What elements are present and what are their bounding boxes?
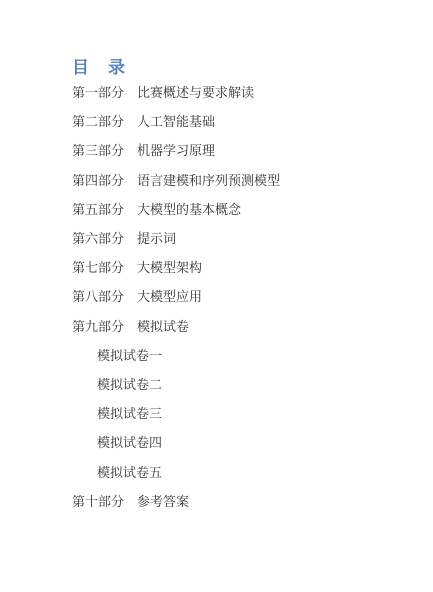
toc-entry-mock-exam-1: 模拟试卷一: [72, 342, 413, 371]
toc-entry-part-2: 第二部分 人工智能基础: [72, 108, 413, 137]
toc-entry-part-5: 第五部分 大模型的基本概念: [72, 196, 413, 225]
toc-entry-mock-exam-2: 模拟试卷二: [72, 371, 413, 400]
toc-section: 目 录 第一部分 比赛概述与要求解读 第二部分 人工智能基础 第三部分 机器学习…: [0, 0, 433, 517]
toc-entry-part-9: 第九部分 模拟试卷: [72, 313, 413, 342]
toc-entry-mock-exam-4: 模拟试卷四: [72, 429, 413, 458]
toc-entry-mock-exam-5: 模拟试卷五: [72, 459, 413, 488]
toc-entry-part-6: 第六部分 提示词: [72, 225, 413, 254]
toc-entry-part-4: 第四部分 语言建模和序列预测模型: [72, 167, 413, 196]
toc-entry-part-3: 第三部分 机器学习原理: [72, 137, 413, 166]
toc-entry-part-8: 第八部分 大模型应用: [72, 283, 413, 312]
toc-list: 第一部分 比赛概述与要求解读 第二部分 人工智能基础 第三部分 机器学习原理 第…: [72, 79, 413, 517]
toc-entry-part-7: 第七部分 大模型架构: [72, 254, 413, 283]
toc-entry-part-10: 第十部分 参考答案: [72, 488, 413, 517]
toc-entry-part-1: 第一部分 比赛概述与要求解读: [72, 79, 413, 108]
toc-title: 目 录: [72, 57, 413, 78]
document-page: 目 录 第一部分 比赛概述与要求解读 第二部分 人工智能基础 第三部分 机器学习…: [0, 0, 433, 592]
toc-entry-mock-exam-3: 模拟试卷三: [72, 400, 413, 429]
